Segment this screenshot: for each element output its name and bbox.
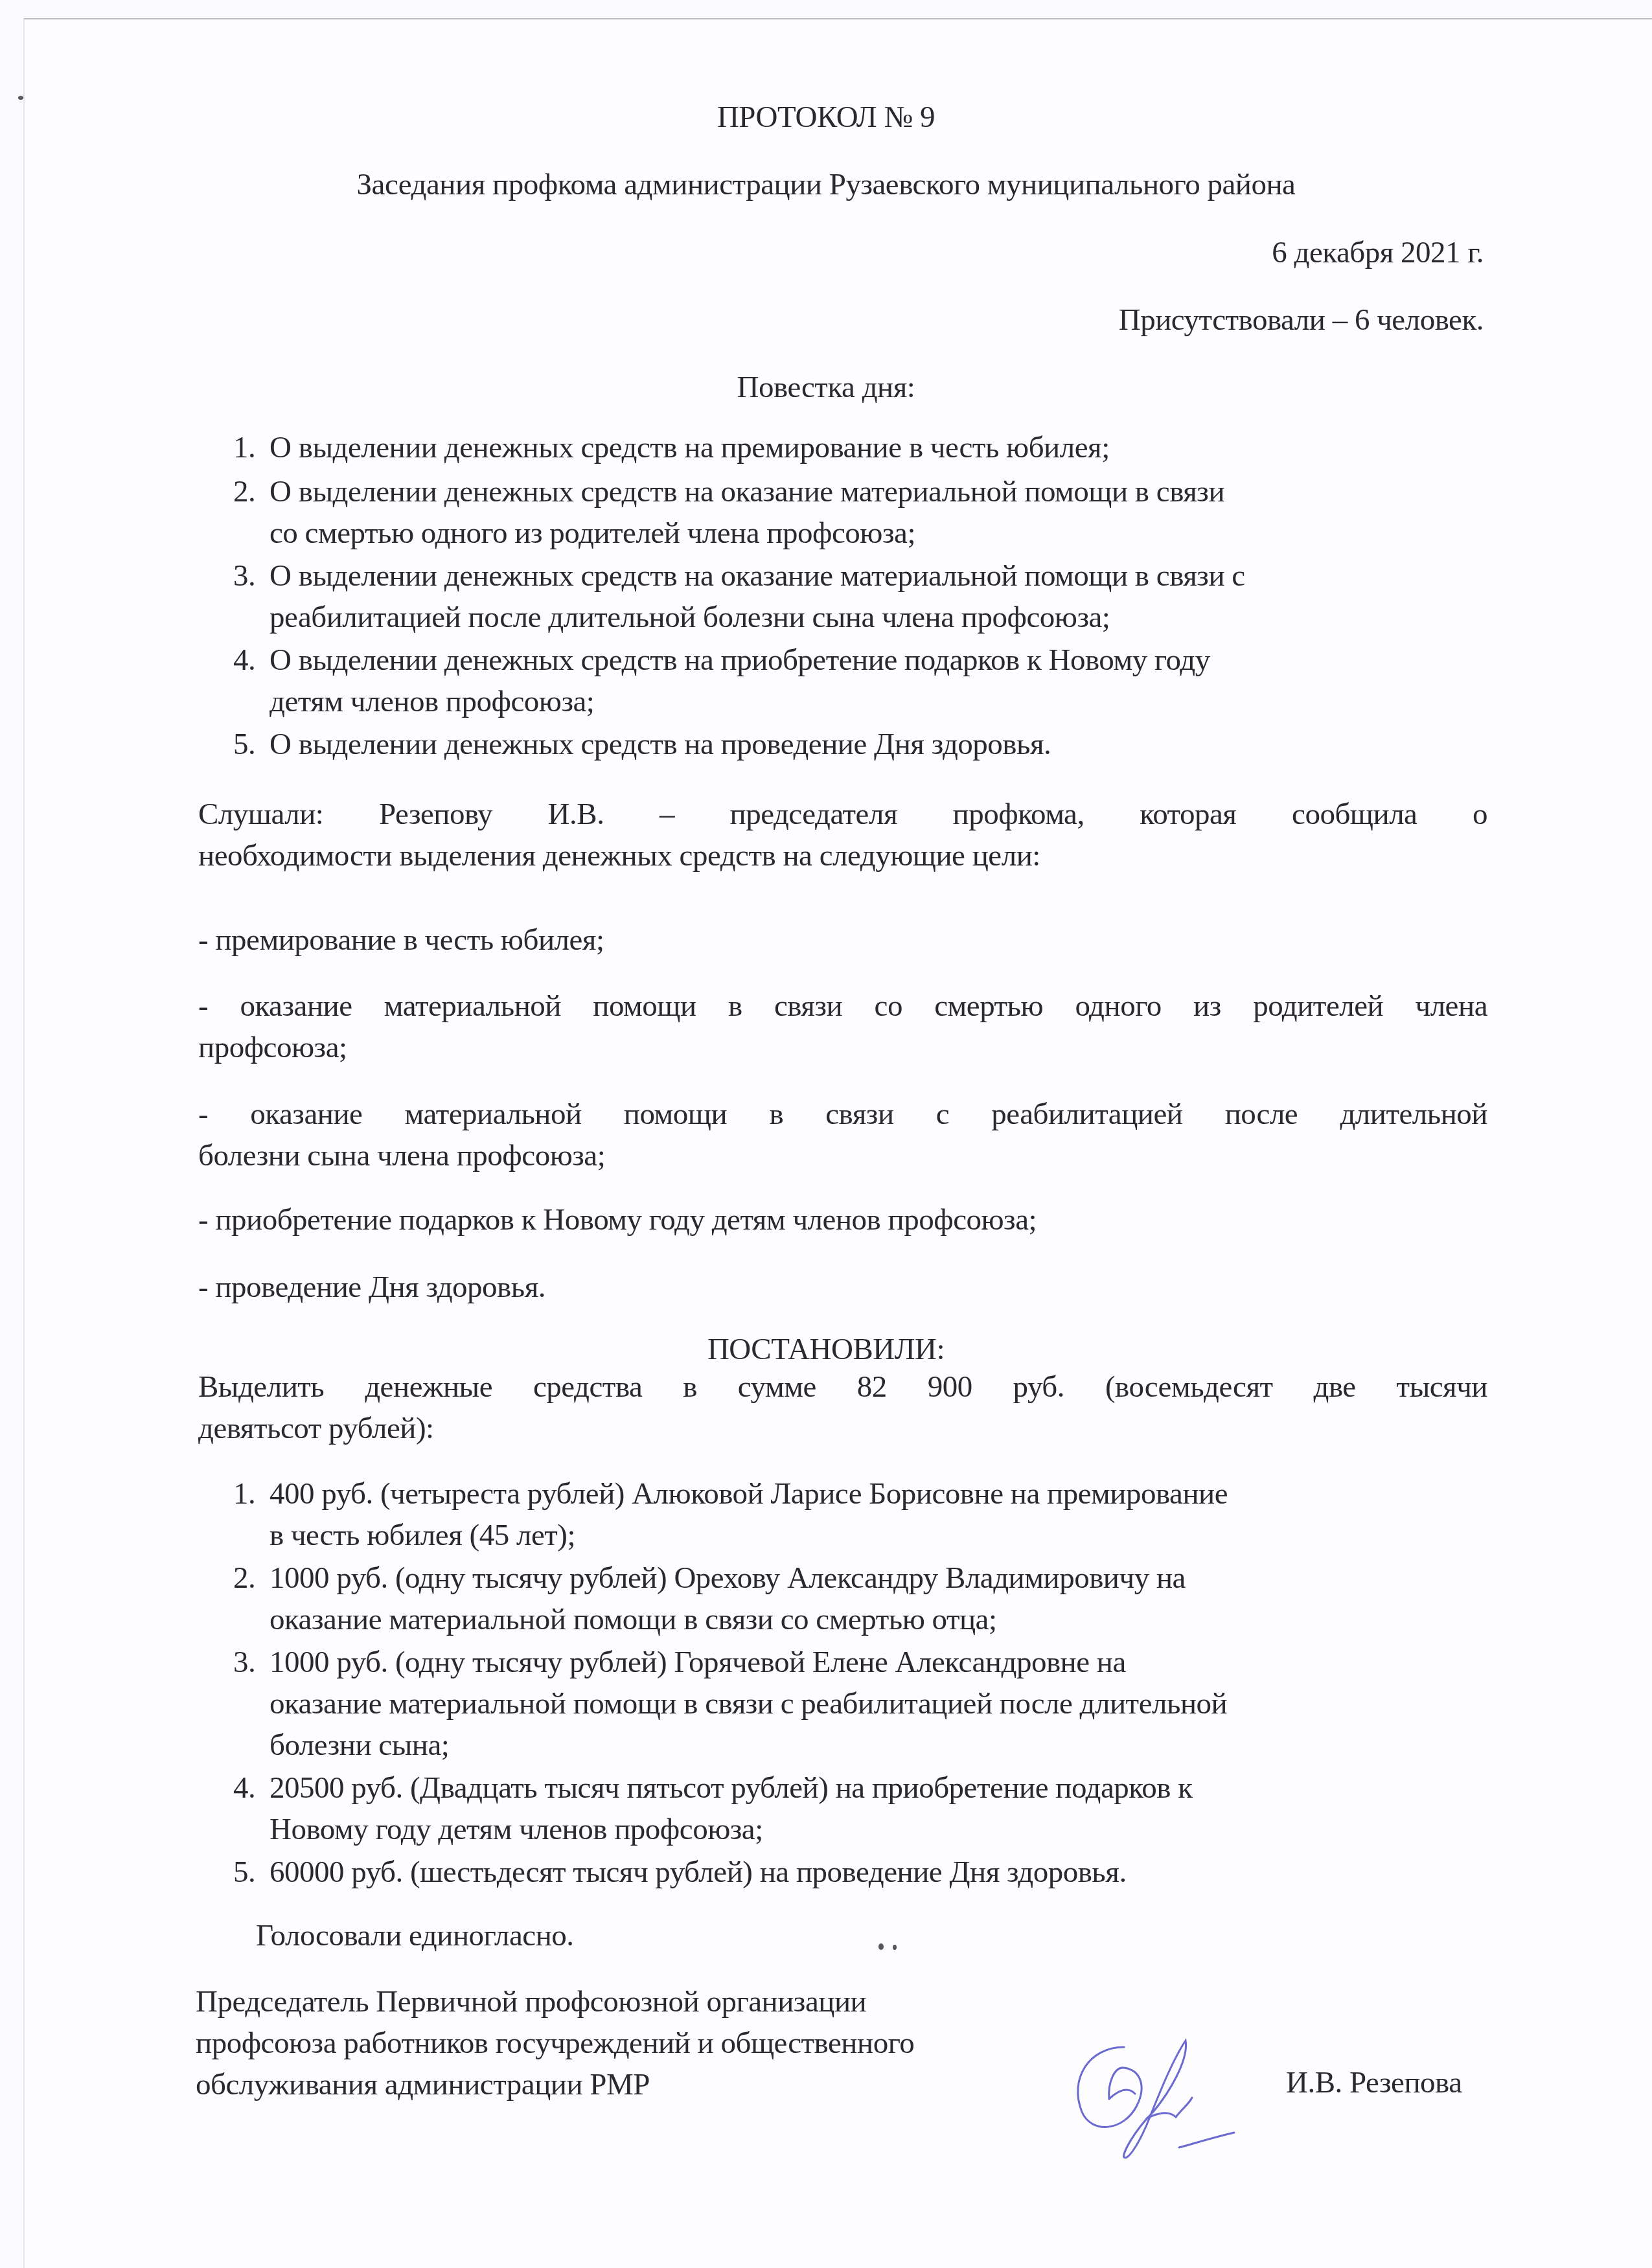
purpose-item-cont: болезни сына члена профсоюза;: [198, 1141, 605, 1171]
agenda-item: 5.О выделении денежных средств на провед…: [233, 729, 1051, 760]
resolution-item-cont: в честь юбилея (45 лет);: [270, 1520, 575, 1551]
signatory-title-line: профсоюза работников госучреждений и общ…: [196, 2028, 914, 2059]
agenda-item: 4.О выделении денежных средств на приобр…: [233, 645, 1210, 676]
agenda-item: 1.О выделении денежных средств на премир…: [233, 433, 1110, 463]
signatory-title-line: обслуживания администрации РМР: [196, 2070, 650, 2100]
purpose-item: - проведение Дня здоровья.: [198, 1272, 545, 1303]
resolution-item: 5.60000 руб. (шестьдесят тысяч рублей) н…: [233, 1857, 1127, 1888]
document-subtitle: Заседания профкома администрации Рузаевс…: [0, 170, 1652, 200]
agenda-item-cont: со смертью одного из родителей члена про…: [270, 518, 915, 549]
document-title: ПРОТОКОЛ № 9: [0, 102, 1652, 133]
purpose-item: - оказание материальной помощи в связи с…: [198, 991, 1487, 1022]
resolution-intro-cont: девятьсот рублей):: [198, 1414, 434, 1444]
scan-speck: [893, 1945, 897, 1950]
resolution-item-cont: Новому году детям членов профсоюза;: [270, 1815, 763, 1845]
meeting-date: 6 декабря 2021 г.: [0, 238, 1484, 268]
purpose-item: - премирование в честь юбилея;: [198, 925, 604, 956]
resolution-item-cont: болезни сына;: [270, 1730, 449, 1761]
agenda-item-cont: детям членов профсоюза;: [270, 687, 594, 717]
resolution-item: 3.1000 руб. (одну тысячу рублей) Горячев…: [233, 1647, 1126, 1678]
signatory-title-line: Председатель Первичной профсоюзной орган…: [196, 1987, 866, 2017]
resolution-item: 2.1000 руб. (одну тысячу рублей) Орехову…: [233, 1563, 1186, 1594]
resolution-item: 4.20500 руб. (Двадцать тысяч пятьсот руб…: [233, 1773, 1193, 1804]
resolution-item-cont: оказание материальной помощи в связи с р…: [270, 1689, 1227, 1719]
handwritten-signature: [1062, 2021, 1257, 2164]
agenda-heading: Повестка дня:: [0, 372, 1652, 403]
heard-line: необходимости выделения денежных средств…: [198, 841, 1040, 871]
resolution-heading: ПОСТАНОВИЛИ:: [0, 1334, 1652, 1365]
agenda-item: 3.О выделении денежных средств на оказан…: [233, 561, 1245, 591]
purpose-item-cont: профсоюза;: [198, 1033, 347, 1063]
resolution-item: 1.400 руб. (четыреста рублей) Алюковой Л…: [233, 1479, 1228, 1509]
resolution-item-cont: оказание материальной помощи в связи со …: [270, 1605, 997, 1635]
purpose-item: - приобретение подарков к Новому году де…: [198, 1205, 1037, 1235]
scan-speck: [878, 1943, 884, 1950]
agenda-item: 2.О выделении денежных средств на оказан…: [233, 477, 1224, 507]
vote-result: Голосовали единогласно.: [256, 1921, 574, 1951]
heard-line: Слушали: Резепову И.В. – председателя пр…: [198, 799, 1487, 830]
signatory-name: И.В. Резепова: [1286, 2068, 1462, 2098]
attendance: Присутствовали – 6 человек.: [0, 305, 1484, 336]
purpose-item: - оказание материальной помощи в связи с…: [198, 1099, 1487, 1130]
agenda-item-cont: реабилитацией после длительной болезни с…: [270, 602, 1110, 633]
scan-speck: [18, 96, 23, 100]
resolution-intro: Выделить денежные средства в сумме 82 90…: [198, 1372, 1487, 1403]
